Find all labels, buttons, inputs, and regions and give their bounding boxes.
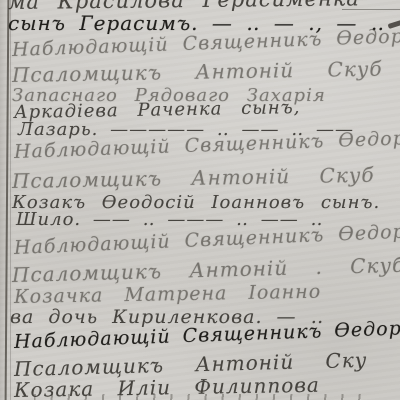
manuscript-page: ма Красилова Герасименка сынъ Герасимъ. … — [0, 0, 400, 400]
manuscript-line: Псаломщикъ Антоній Скуб — [12, 163, 375, 193]
clipped-bottom-line-strokes — [34, 394, 374, 400]
manuscript-line: Псаломщикъ Антоній Скуб — [12, 57, 383, 87]
left-margin-rule-ghost — [10, 0, 11, 400]
manuscript-line: Козачка Матрена Іоанно — [14, 281, 322, 308]
left-margin-rule — [5, 0, 10, 400]
